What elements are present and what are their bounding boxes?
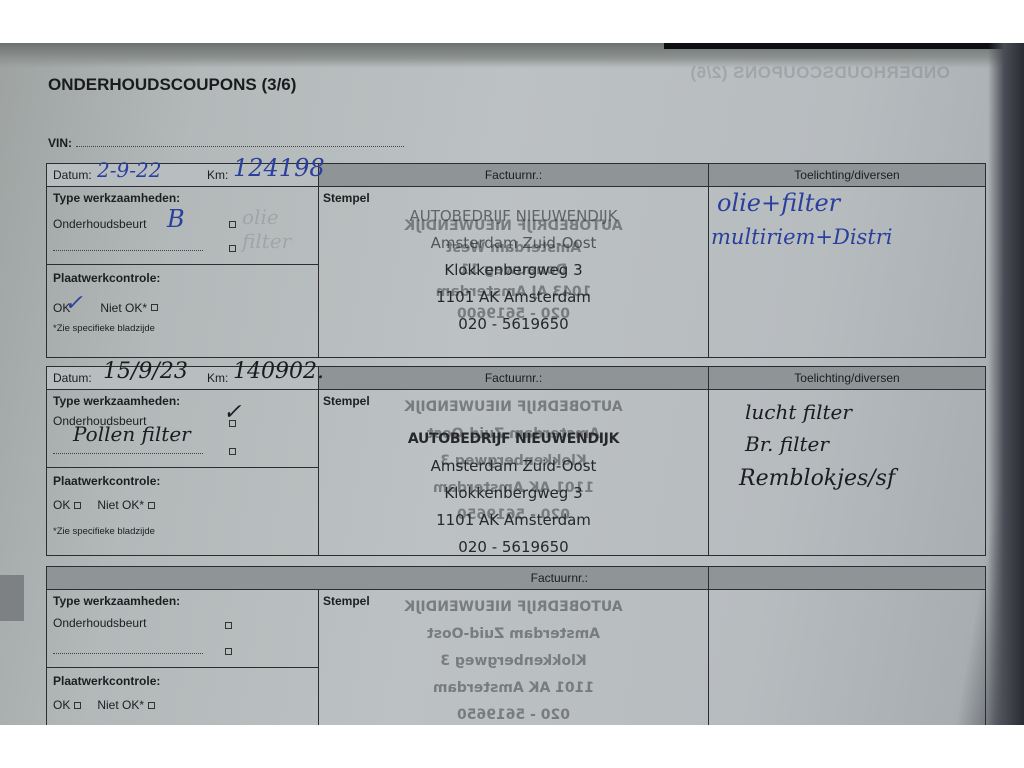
toelichting-area: lucht filter Br. filter Remblokjes/sf: [709, 390, 985, 555]
coupon-header: Datum: 15/9/23 Km: 140902. Factuurnr.: T…: [47, 367, 985, 389]
toelichting-line-3: Remblokjes/sf: [739, 466, 895, 491]
stamp-area: Stempel AUTOBEDRIJF NIEUWENDIJK Amsterda…: [319, 187, 709, 357]
coupon-header: Datum: Km: Factuurnr.: Toelichting/diver…: [47, 567, 985, 589]
coupon-3: Datum: Km: Factuurnr.: Toelichting/diver…: [46, 566, 986, 725]
ghost-stamp: AUTOBEDRIJF NIEUWENDIJK Amsterdam Zuid-O…: [319, 594, 708, 725]
ok-label: OK: [53, 498, 70, 512]
toelichting-line-2: multiriem+Distri: [711, 225, 893, 249]
km-value: 124198: [233, 154, 325, 182]
toelichting-line-1: lucht filter: [745, 400, 852, 424]
extra-line: [53, 444, 203, 454]
ok-checkbox[interactable]: [74, 502, 81, 509]
niet-ok-label: Niet OK*: [97, 498, 144, 512]
extra-werkzaamheden: Pollen filter: [73, 422, 191, 446]
ok-checkbox[interactable]: [74, 702, 81, 709]
footnote: *Zie specifieke bladzijde: [53, 323, 155, 334]
onderhoudsbeurt-note: B: [167, 205, 185, 233]
datum-value: 2-9-22: [97, 158, 161, 182]
toelichting-label: Toelichting/diversen: [709, 367, 985, 389]
page-edge: [664, 43, 1024, 49]
dealer-stamp: AUTOBEDRIJF NIEUWENDIJK Amsterdam Zuid-O…: [319, 203, 708, 338]
footnote: *Zie specifieke bladzijde: [53, 526, 155, 537]
toelichting-line-2: Br. filter: [745, 432, 829, 456]
datum-value: 15/9/23: [103, 359, 188, 384]
vin-line: [76, 137, 404, 147]
niet-ok-label: Niet OK*: [100, 301, 147, 315]
onderhoudsbeurt-label: Onderhoudsbeurt: [53, 616, 146, 630]
niet-ok-checkbox[interactable]: [148, 502, 155, 509]
extra-checkbox[interactable]: [225, 648, 232, 655]
km-label: Km:: [207, 168, 228, 182]
vin-field: VIN:: [48, 136, 404, 150]
factuurnr-label: Factuurnr.:: [319, 367, 709, 389]
extra-checkbox[interactable]: [229, 245, 236, 252]
onderhoudsbeurt-checkbox[interactable]: [229, 221, 236, 228]
niet-ok-checkbox[interactable]: [151, 304, 158, 311]
stamp-area: Stempel AUTOBEDRIJF NIEUWENDIJK Amsterda…: [319, 590, 709, 725]
type-werkzaamheden: Type werkzaamheden: Onderhoudsbeurt ✓ Po…: [47, 390, 318, 468]
dealer-stamp: AUTOBEDRIJF NIEUWENDIJK Amsterdam Zuid-O…: [319, 426, 708, 561]
page-binding-shadow: [988, 43, 1024, 725]
type-werkzaamheden: Type werkzaamheden: Onderhoudsbeurt B ol…: [47, 187, 318, 265]
km-value: 140902.: [233, 359, 324, 384]
page-title: ONDERHOUDSCOUPONS (3/6): [48, 75, 296, 95]
extra-line: [53, 644, 203, 654]
coupon-1: Datum: 2-9-22 Km: 124198 Factuurnr.: Toe…: [46, 163, 986, 358]
datum-label: Datum:: [53, 371, 92, 385]
extra-checkbox[interactable]: [229, 448, 236, 455]
toelichting-area: olie+filter multiriem+Distri: [709, 187, 985, 357]
niet-ok-label: Niet OK*: [97, 698, 144, 712]
coupon-header: Datum: 2-9-22 Km: 124198 Factuurnr.: Toe…: [47, 164, 985, 186]
onderhoudsbeurt-label: Onderhoudsbeurt: [53, 217, 146, 231]
document-photo: ONDERHOUDSCOUPONS (2/6) ONDERHOUDSCOUPON…: [0, 43, 1024, 725]
coupon-2: Datum: 15/9/23 Km: 140902. Factuurnr.: T…: [46, 366, 986, 556]
onderhoudsbeurt-checkbox[interactable]: [225, 622, 232, 629]
datum-label: Datum:: [53, 168, 92, 182]
niet-ok-checkbox[interactable]: [148, 702, 155, 709]
km-label: Km:: [207, 371, 228, 385]
toelichting-line-1: olie+filter: [717, 189, 840, 217]
toelichting-area: [709, 590, 985, 725]
toelichting-label: Toelichting/diversen: [709, 164, 985, 186]
type-werkzaamheden: Type werkzaamheden: Onderhoudsbeurt: [47, 590, 318, 668]
factuurnr-label: Factuurnr.:: [319, 164, 709, 186]
extra-line: [53, 241, 203, 251]
tab-marker: [0, 575, 24, 621]
factuurnr-label: Factuurnr.:: [47, 567, 709, 589]
stamp-area: Stempel AUTOBEDRIJF NIEUWENDIJK Amsterda…: [319, 390, 709, 555]
mirrored-title: ONDERHOUDSCOUPONS (2/6): [690, 63, 950, 83]
onderhoudsbeurt-checkbox[interactable]: [229, 420, 236, 427]
ok-check: ✓: [64, 291, 74, 316]
vin-label: VIN:: [48, 136, 72, 150]
ok-label: OK: [53, 698, 70, 712]
